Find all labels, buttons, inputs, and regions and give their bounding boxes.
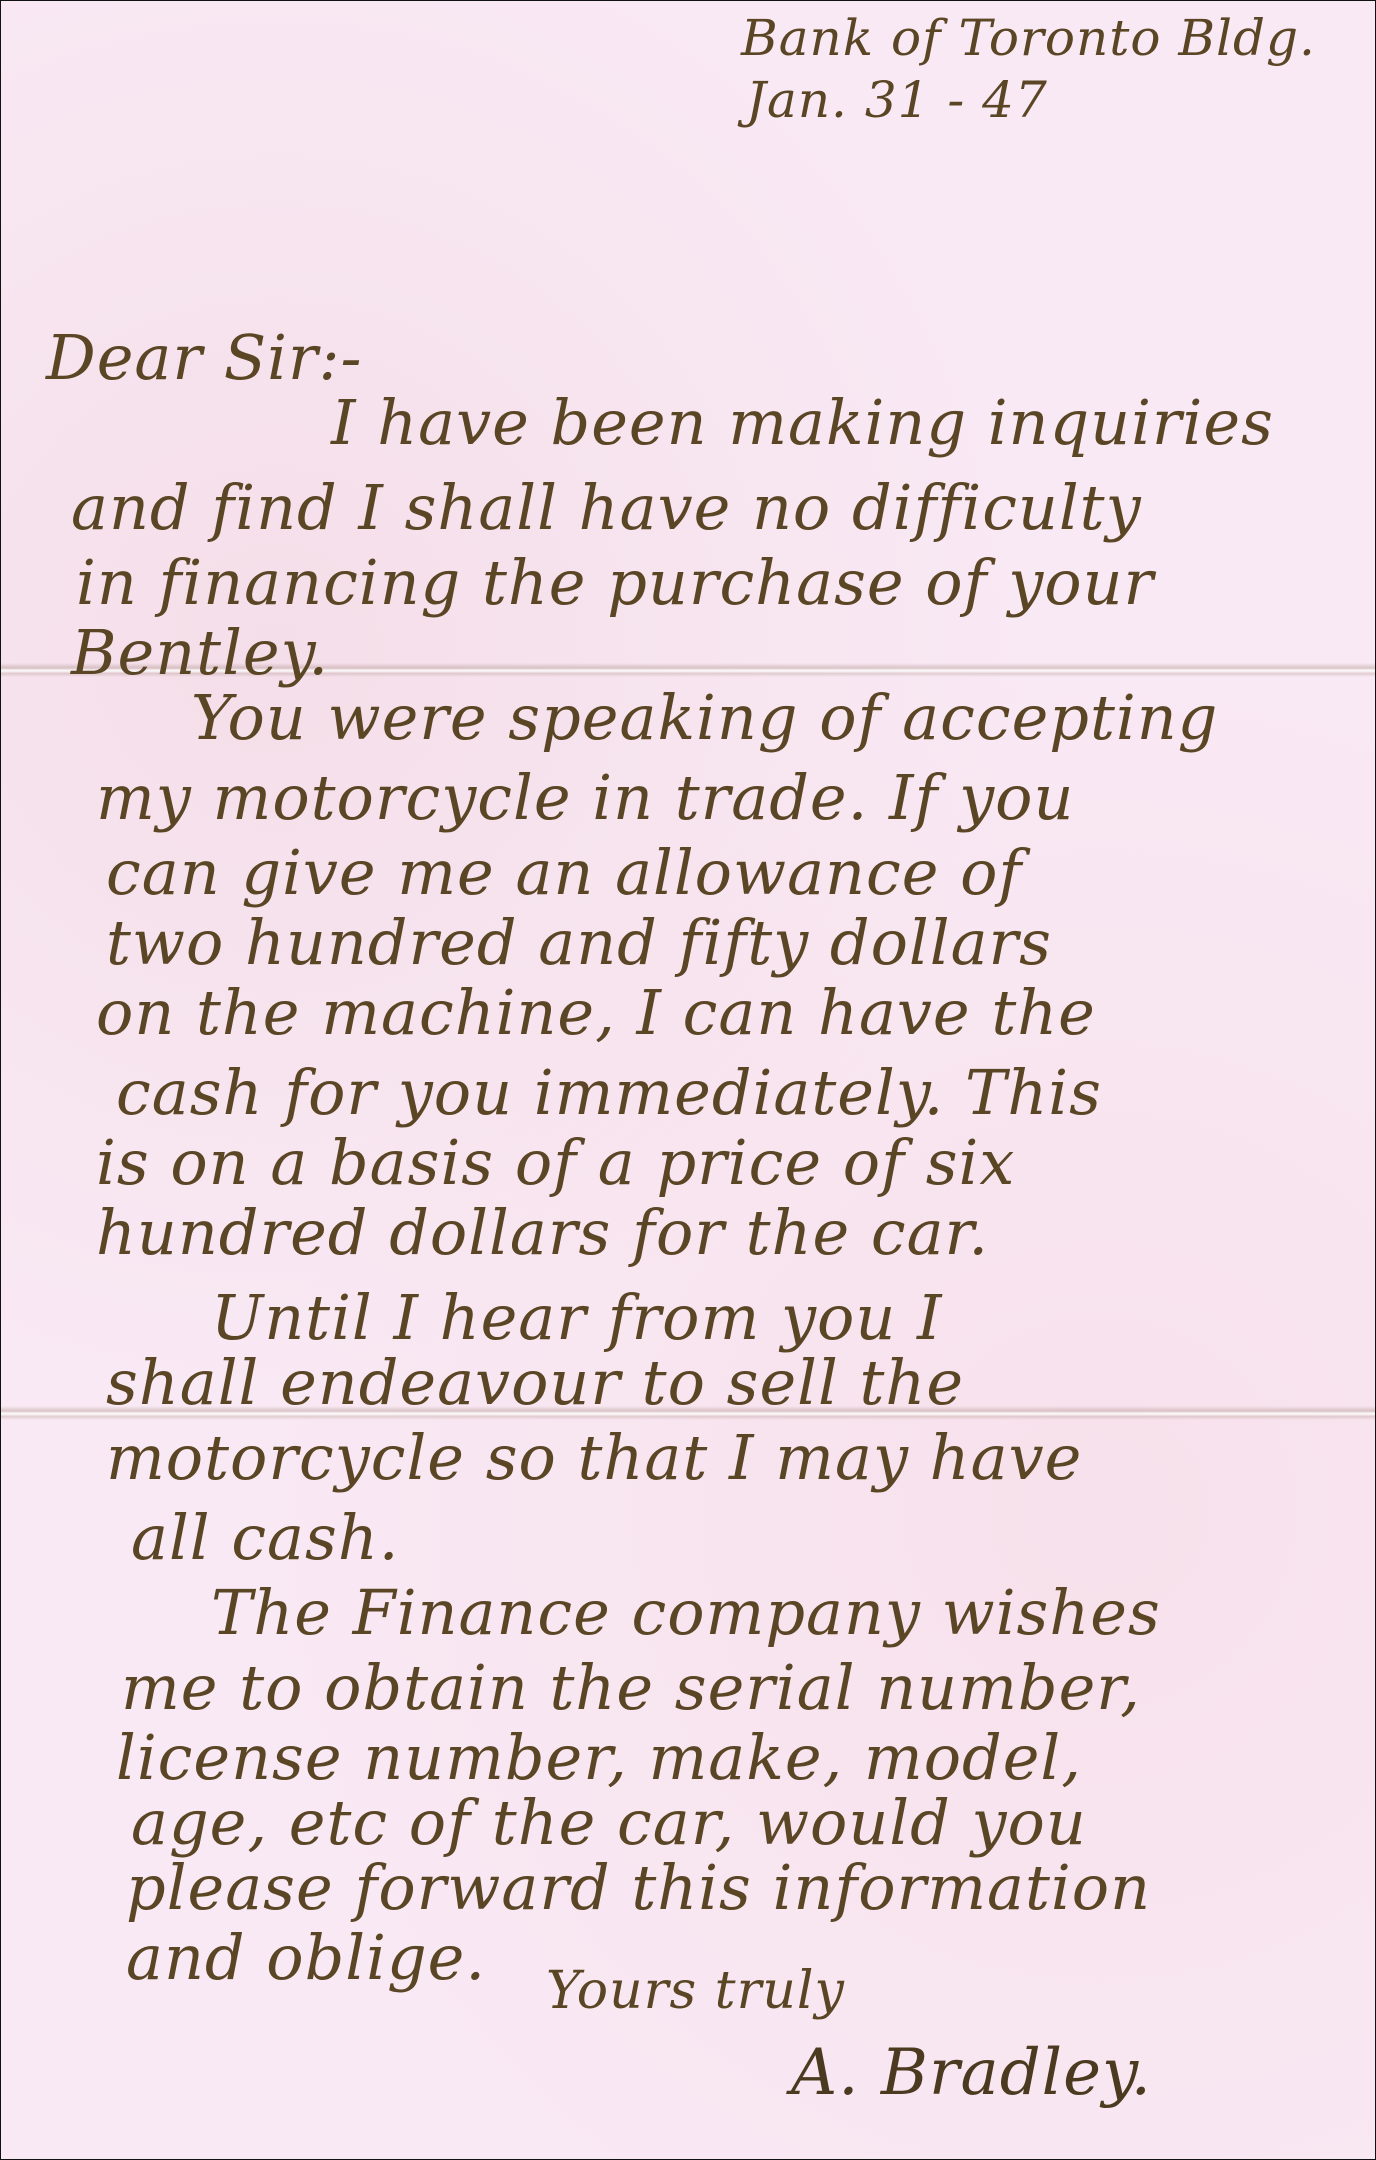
body-line: my motorcycle in trade. If you: [96, 761, 1074, 834]
body-line: can give me an allowance of: [106, 836, 1022, 909]
body-line: shall endeavour to sell the: [106, 1346, 964, 1419]
body-line: cash for you immediately. This: [116, 1056, 1102, 1129]
body-line: and oblige.: [126, 1921, 486, 1994]
body-line: motorcycle so that I may have: [106, 1421, 1082, 1494]
body-line: me to obtain the serial number,: [121, 1651, 1141, 1724]
body-line: two hundred and fifty dollars: [106, 906, 1052, 979]
body-line: hundred dollars for the car.: [96, 1196, 989, 1269]
body-line: license number, make, model,: [116, 1721, 1082, 1794]
letter-page: Bank of Toronto Bldg. Jan. 31 - 47 Dear …: [0, 0, 1376, 2160]
body-line: in financing the purchase of your: [76, 546, 1154, 619]
letter-date: Jan. 31 - 47: [746, 71, 1048, 129]
body-line: Until I hear from you I: [211, 1281, 943, 1354]
signature: A. Bradley.: [791, 2036, 1152, 2110]
body-line: on the machine, I can have the: [96, 976, 1096, 1049]
body-line: The Finance company wishes: [211, 1576, 1161, 1649]
body-line: Bentley.: [71, 616, 329, 689]
body-line: and find I shall have no difficulty: [71, 471, 1142, 544]
body-line: please forward this information: [126, 1851, 1151, 1924]
salutation: Dear Sir:-: [46, 321, 363, 394]
body-line: all cash.: [131, 1501, 399, 1574]
body-line: age, etc of the car, would you: [131, 1786, 1087, 1859]
body-line: is on a basis of a price of six: [96, 1126, 1015, 1199]
body-line: You were speaking of accepting: [191, 681, 1218, 754]
letterhead-address: Bank of Toronto Bldg.: [741, 9, 1316, 67]
letter-closing: Yours truly: [546, 1961, 845, 2021]
body-line: I have been making inquiries: [331, 386, 1274, 459]
